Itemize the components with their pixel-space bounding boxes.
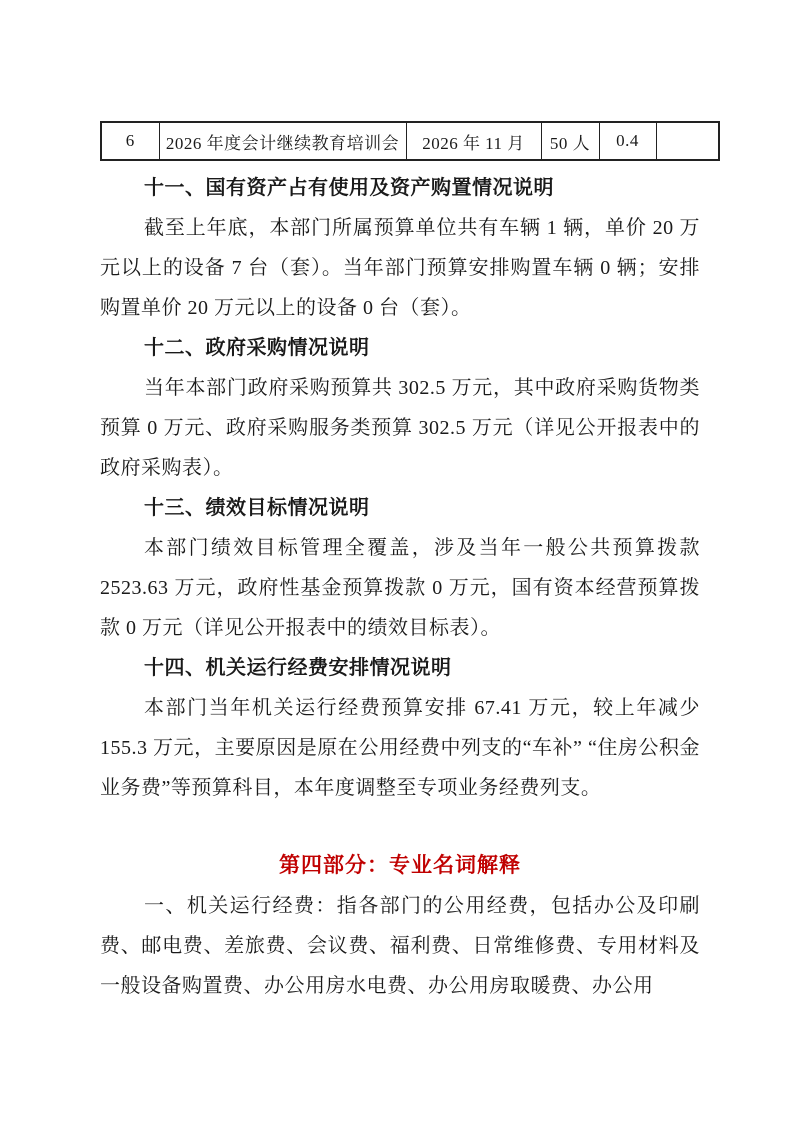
section-paragraph: 本部门当年机关运行经费预算安排 67.41 万元，较上年减少 155.3 万元，… <box>100 688 700 808</box>
table-cell-blank <box>656 122 719 160</box>
part4-paragraph: 一、机关运行经费：指各部门的公用经费，包括办公及印刷费、邮电费、差旅费、会议费、… <box>100 886 700 1006</box>
section-12: 十二、政府采购情况说明 当年本部门政府采购预算共 302.5 万元，其中政府采购… <box>100 328 700 488</box>
table-cell-amount: 0.4 <box>599 122 656 160</box>
section-heading: 十二、政府采购情况说明 <box>100 328 700 368</box>
section-13: 十三、绩效目标情况说明 本部门绩效目标管理全覆盖，涉及当年一般公共预算拨款 25… <box>100 488 700 648</box>
table-cell-date: 2026 年 11 月 <box>406 122 541 160</box>
section-11: 十一、国有资产占有使用及资产购置情况说明 截至上年底，本部门所属预算单位共有车辆… <box>100 168 700 328</box>
table-cell-project-name: 2026 年度会计继续教育培训会 <box>159 122 406 160</box>
table-cell-people: 50 人 <box>541 122 599 160</box>
section-14: 十四、机关运行经费安排情况说明 本部门当年机关运行经费预算安排 67.41 万元… <box>100 648 700 808</box>
section-heading: 十一、国有资产占有使用及资产购置情况说明 <box>100 168 700 208</box>
sections: 十一、国有资产占有使用及资产购置情况说明 截至上年底，本部门所属预算单位共有车辆… <box>100 168 700 808</box>
table-row: 6 2026 年度会计继续教育培训会 2026 年 11 月 50 人 0.4 <box>101 122 719 160</box>
section-paragraph: 截至上年底，本部门所属预算单位共有车辆 1 辆，单价 20 万元以上的设备 7 … <box>100 208 700 328</box>
document-page: 6 2026 年度会计继续教育培训会 2026 年 11 月 50 人 0.4 … <box>0 0 793 1122</box>
page-content: 6 2026 年度会计继续教育培训会 2026 年 11 月 50 人 0.4 … <box>100 0 700 1006</box>
section-heading: 十四、机关运行经费安排情况说明 <box>100 648 700 688</box>
section-paragraph: 当年本部门政府采购预算共 302.5 万元，其中政府采购货物类预算 0 万元、政… <box>100 368 700 488</box>
part4-title: 第四部分：专业名词解释 <box>100 846 700 886</box>
training-budget-table: 6 2026 年度会计继续教育培训会 2026 年 11 月 50 人 0.4 <box>100 121 720 161</box>
table-cell-index: 6 <box>101 122 159 160</box>
section-paragraph: 本部门绩效目标管理全覆盖，涉及当年一般公共预算拨款 2523.63 万元，政府性… <box>100 528 700 648</box>
section-heading: 十三、绩效目标情况说明 <box>100 488 700 528</box>
